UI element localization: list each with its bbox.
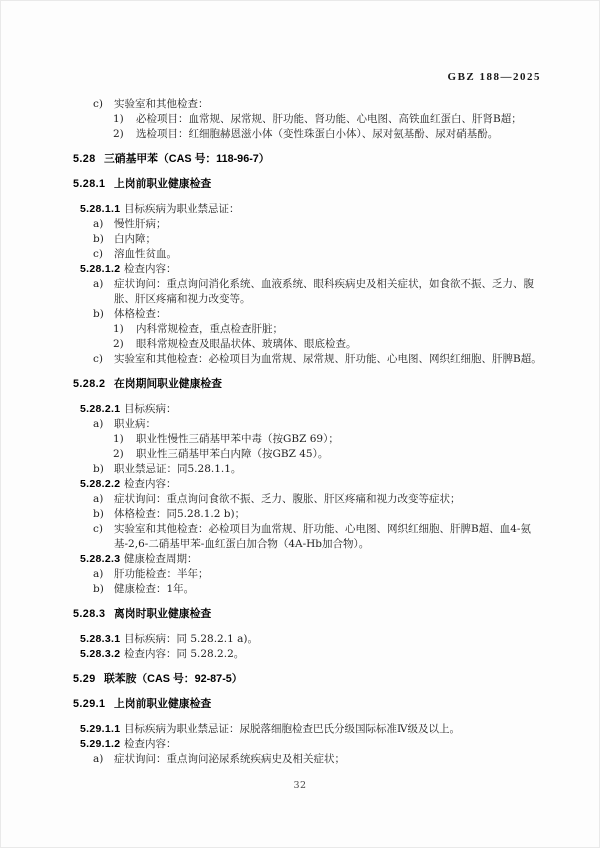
list-label: 1): [113, 112, 136, 127]
clause-number: 5.29: [73, 672, 104, 687]
list-label: c): [93, 522, 114, 552]
list-item: 2)眼科常规检查及眼晶状体、玻璃体、眼底检查。: [73, 337, 543, 352]
clause-line: 5.28.2.1目标疾病：: [73, 402, 543, 417]
list-text: 肝功能检查：半年；: [114, 567, 543, 582]
list-label: 1): [113, 432, 136, 447]
list-text: 实验室和其他检查：必检项目为血常规、尿常规、肝功能、心电图、网织红细胞、肝脾B超…: [114, 352, 543, 367]
clause-number: 5.29.1.2: [80, 737, 124, 752]
clause-number: 5.28.2: [73, 377, 114, 392]
list-label: a): [93, 417, 114, 432]
clause-number: 5.28.3.2: [80, 647, 124, 662]
clause-number: 5.28.3: [73, 607, 114, 622]
list-label: b): [93, 462, 114, 477]
list-item: a)职业病：: [73, 417, 543, 432]
clause-text: 目标疾病为职业禁忌证：: [124, 202, 240, 217]
list-text: 慢性肝病；: [114, 217, 543, 232]
list-text: 实验室和其他检查：: [114, 97, 543, 112]
clause-title: 在岗期间职业健康检查: [114, 377, 222, 392]
clause-number: 5.28.2.3: [80, 552, 124, 567]
clause-number: 5.28.3.1: [80, 632, 124, 647]
list-label: 1): [113, 322, 136, 337]
list-item: a)症状询问：重点询问食欲不振、乏力、腹胀、肝区疼痛和视力改变等症状；: [73, 492, 543, 507]
list-item: a)症状询问：重点询问泌尿系统疾病史及相关症状；: [73, 752, 543, 767]
list-label: c): [93, 97, 114, 112]
list-text: 白内障；: [114, 232, 543, 247]
clause-line: 5.28.2.3健康检查周期：: [73, 552, 543, 567]
list-item: 2)选检项目：红细胞赫恩滋小体（变性珠蛋白小体）、尿对氨基酚、尿对硝基酚。: [73, 127, 543, 142]
list-item: c)溶血性贫血。: [73, 247, 543, 262]
clause-title: 上岗前职业健康检查: [114, 697, 211, 712]
section-heading: 5.29联苯胺（CAS 号：92-87-5）: [73, 672, 543, 687]
clause-number: 5.28.2.2: [80, 477, 124, 492]
clause-line: 5.28.3.1目标疾病：同 5.28.2.1 a)。: [73, 632, 543, 647]
clause-text: 检查内容：: [124, 477, 177, 492]
list-label: a): [93, 492, 114, 507]
subsection-heading: 5.28.2在岗期间职业健康检查: [73, 377, 543, 392]
list-label: b): [93, 307, 114, 322]
clause-text: 检查内容：: [124, 262, 177, 277]
list-item: 2)职业性三硝基甲苯白内障（按GBZ 45）。: [73, 447, 543, 462]
clause-text: 检查内容：: [124, 737, 177, 752]
list-item: a)慢性肝病；: [73, 217, 543, 232]
list-item: b)体格检查：同5.28.1.2 b)；: [73, 507, 543, 522]
clause-title: 三硝基甲苯（CAS 号：118-96-7）: [104, 152, 270, 167]
clause-text: 目标疾病：: [124, 402, 177, 417]
page-number: 32: [1, 780, 599, 791]
subsection-heading: 5.28.1上岗前职业健康检查: [73, 177, 543, 192]
list-text: 溶血性贫血。: [114, 247, 543, 262]
list-label: b): [93, 582, 114, 597]
list-label: a): [93, 752, 114, 767]
clause-line: 5.28.2.2检查内容：: [73, 477, 543, 492]
list-item: a)症状询问：重点询问消化系统、血液系统、眼科疾病史及相关症状，如食欲不振、乏力…: [73, 277, 543, 307]
subsection-heading: 5.29.1上岗前职业健康检查: [73, 697, 543, 712]
clause-number: 5.29.1: [73, 697, 114, 712]
list-text: 职业性三硝基甲苯白内障（按GBZ 45）。: [136, 447, 543, 462]
list-text: 症状询问：重点询问食欲不振、乏力、腹胀、肝区疼痛和视力改变等症状；: [114, 492, 543, 507]
clause-line: 5.28.1.1目标疾病为职业禁忌证：: [73, 202, 543, 217]
list-text: 必检项目：血常规、尿常规、肝功能、肾功能、心电图、高铁血红蛋白、肝肾B超；: [136, 112, 543, 127]
clause-title: 联苯胺（CAS 号：92-87-5）: [104, 672, 243, 687]
list-text: 职业禁忌证：同5.28.1.1。: [114, 462, 543, 477]
list-label: a): [93, 217, 114, 232]
list-text: 健康检查：1年。: [114, 582, 543, 597]
list-label: a): [93, 277, 114, 307]
clause-line: 5.29.1.2检查内容：: [73, 737, 543, 752]
list-item: c)实验室和其他检查：必检项目为血常规、肝功能、心电图、网织红细胞、肝脾B超、血…: [73, 522, 543, 552]
list-item: a)肝功能检查：半年；: [73, 567, 543, 582]
clause-line: 5.28.1.2检查内容：: [73, 262, 543, 277]
list-item: b)白内障；: [73, 232, 543, 247]
list-item: 1)内科常规检查，重点检查肝脏；: [73, 322, 543, 337]
list-text: 症状询问：重点询问泌尿系统疾病史及相关症状；: [114, 752, 543, 767]
list-item: b)职业禁忌证：同5.28.1.1。: [73, 462, 543, 477]
list-label: a): [93, 567, 114, 582]
clause-number: 5.28.1.1: [80, 202, 124, 217]
clause-text: 目标疾病：同 5.28.2.1 a)。: [124, 632, 258, 647]
clause-title: 上岗前职业健康检查: [114, 177, 211, 192]
list-text: 眼科常规检查及眼晶状体、玻璃体、眼底检查。: [136, 337, 543, 352]
clause-number: 5.28.2.1: [80, 402, 124, 417]
list-item: b)体格检查：: [73, 307, 543, 322]
list-label: 2): [113, 337, 136, 352]
list-item: b)健康检查：1年。: [73, 582, 543, 597]
list-item: c)实验室和其他检查：: [73, 97, 543, 112]
list-text: 内科常规检查，重点检查肝脏；: [136, 322, 543, 337]
list-label: b): [93, 507, 114, 522]
list-text: 体格检查：: [114, 307, 543, 322]
standard-code-header: GBZ 188—2025: [448, 71, 541, 83]
clause-number: 5.29.1.1: [80, 722, 124, 737]
list-text: 症状询问：重点询问消化系统、血液系统、眼科疾病史及相关症状，如食欲不振、乏力、腹…: [114, 277, 543, 307]
list-text: 职业病：: [114, 417, 543, 432]
list-text: 职业性慢性三硝基甲苯中毒（按GBZ 69）；: [136, 432, 543, 447]
list-text: 选检项目：红细胞赫恩滋小体（变性珠蛋白小体）、尿对氨基酚、尿对硝基酚。: [136, 127, 543, 142]
list-text: 体格检查：同5.28.1.2 b)；: [114, 507, 543, 522]
clause-number: 5.28: [73, 152, 104, 167]
list-label: b): [93, 232, 114, 247]
list-label: 2): [113, 127, 136, 142]
list-label: 2): [113, 447, 136, 462]
document-body: c)实验室和其他检查： 1)必检项目：血常规、尿常规、肝功能、肾功能、心电图、高…: [73, 97, 543, 767]
clause-title: 离岗时职业健康检查: [114, 607, 211, 622]
clause-line: 5.28.3.2检查内容：同 5.28.2.2。: [73, 647, 543, 662]
list-text: 实验室和其他检查：必检项目为血常规、肝功能、心电图、网织红细胞、肝脾B超、血4-…: [114, 522, 543, 552]
list-label: c): [93, 352, 114, 367]
list-item: 1)必检项目：血常规、尿常规、肝功能、肾功能、心电图、高铁血红蛋白、肝肾B超；: [73, 112, 543, 127]
list-item: 1)职业性慢性三硝基甲苯中毒（按GBZ 69）；: [73, 432, 543, 447]
section-heading: 5.28三硝基甲苯（CAS 号：118-96-7）: [73, 152, 543, 167]
clause-text: 目标疾病为职业禁忌证：尿脱落细胞检查巴氏分级国际标准Ⅳ级及以上。: [124, 722, 460, 737]
list-label: c): [93, 247, 114, 262]
clause-text: 健康检查周期：: [124, 552, 198, 567]
subsection-heading: 5.28.3离岗时职业健康检查: [73, 607, 543, 622]
clause-text: 检查内容：同 5.28.2.2。: [124, 647, 244, 662]
clause-line: 5.29.1.1目标疾病为职业禁忌证：尿脱落细胞检查巴氏分级国际标准Ⅳ级及以上。: [73, 722, 543, 737]
clause-number: 5.28.1.2: [80, 262, 124, 277]
document-page: GBZ 188—2025 c)实验室和其他检查： 1)必检项目：血常规、尿常规、…: [0, 0, 600, 848]
clause-number: 5.28.1: [73, 177, 114, 192]
list-item: c)实验室和其他检查：必检项目为血常规、尿常规、肝功能、心电图、网织红细胞、肝脾…: [73, 352, 543, 367]
